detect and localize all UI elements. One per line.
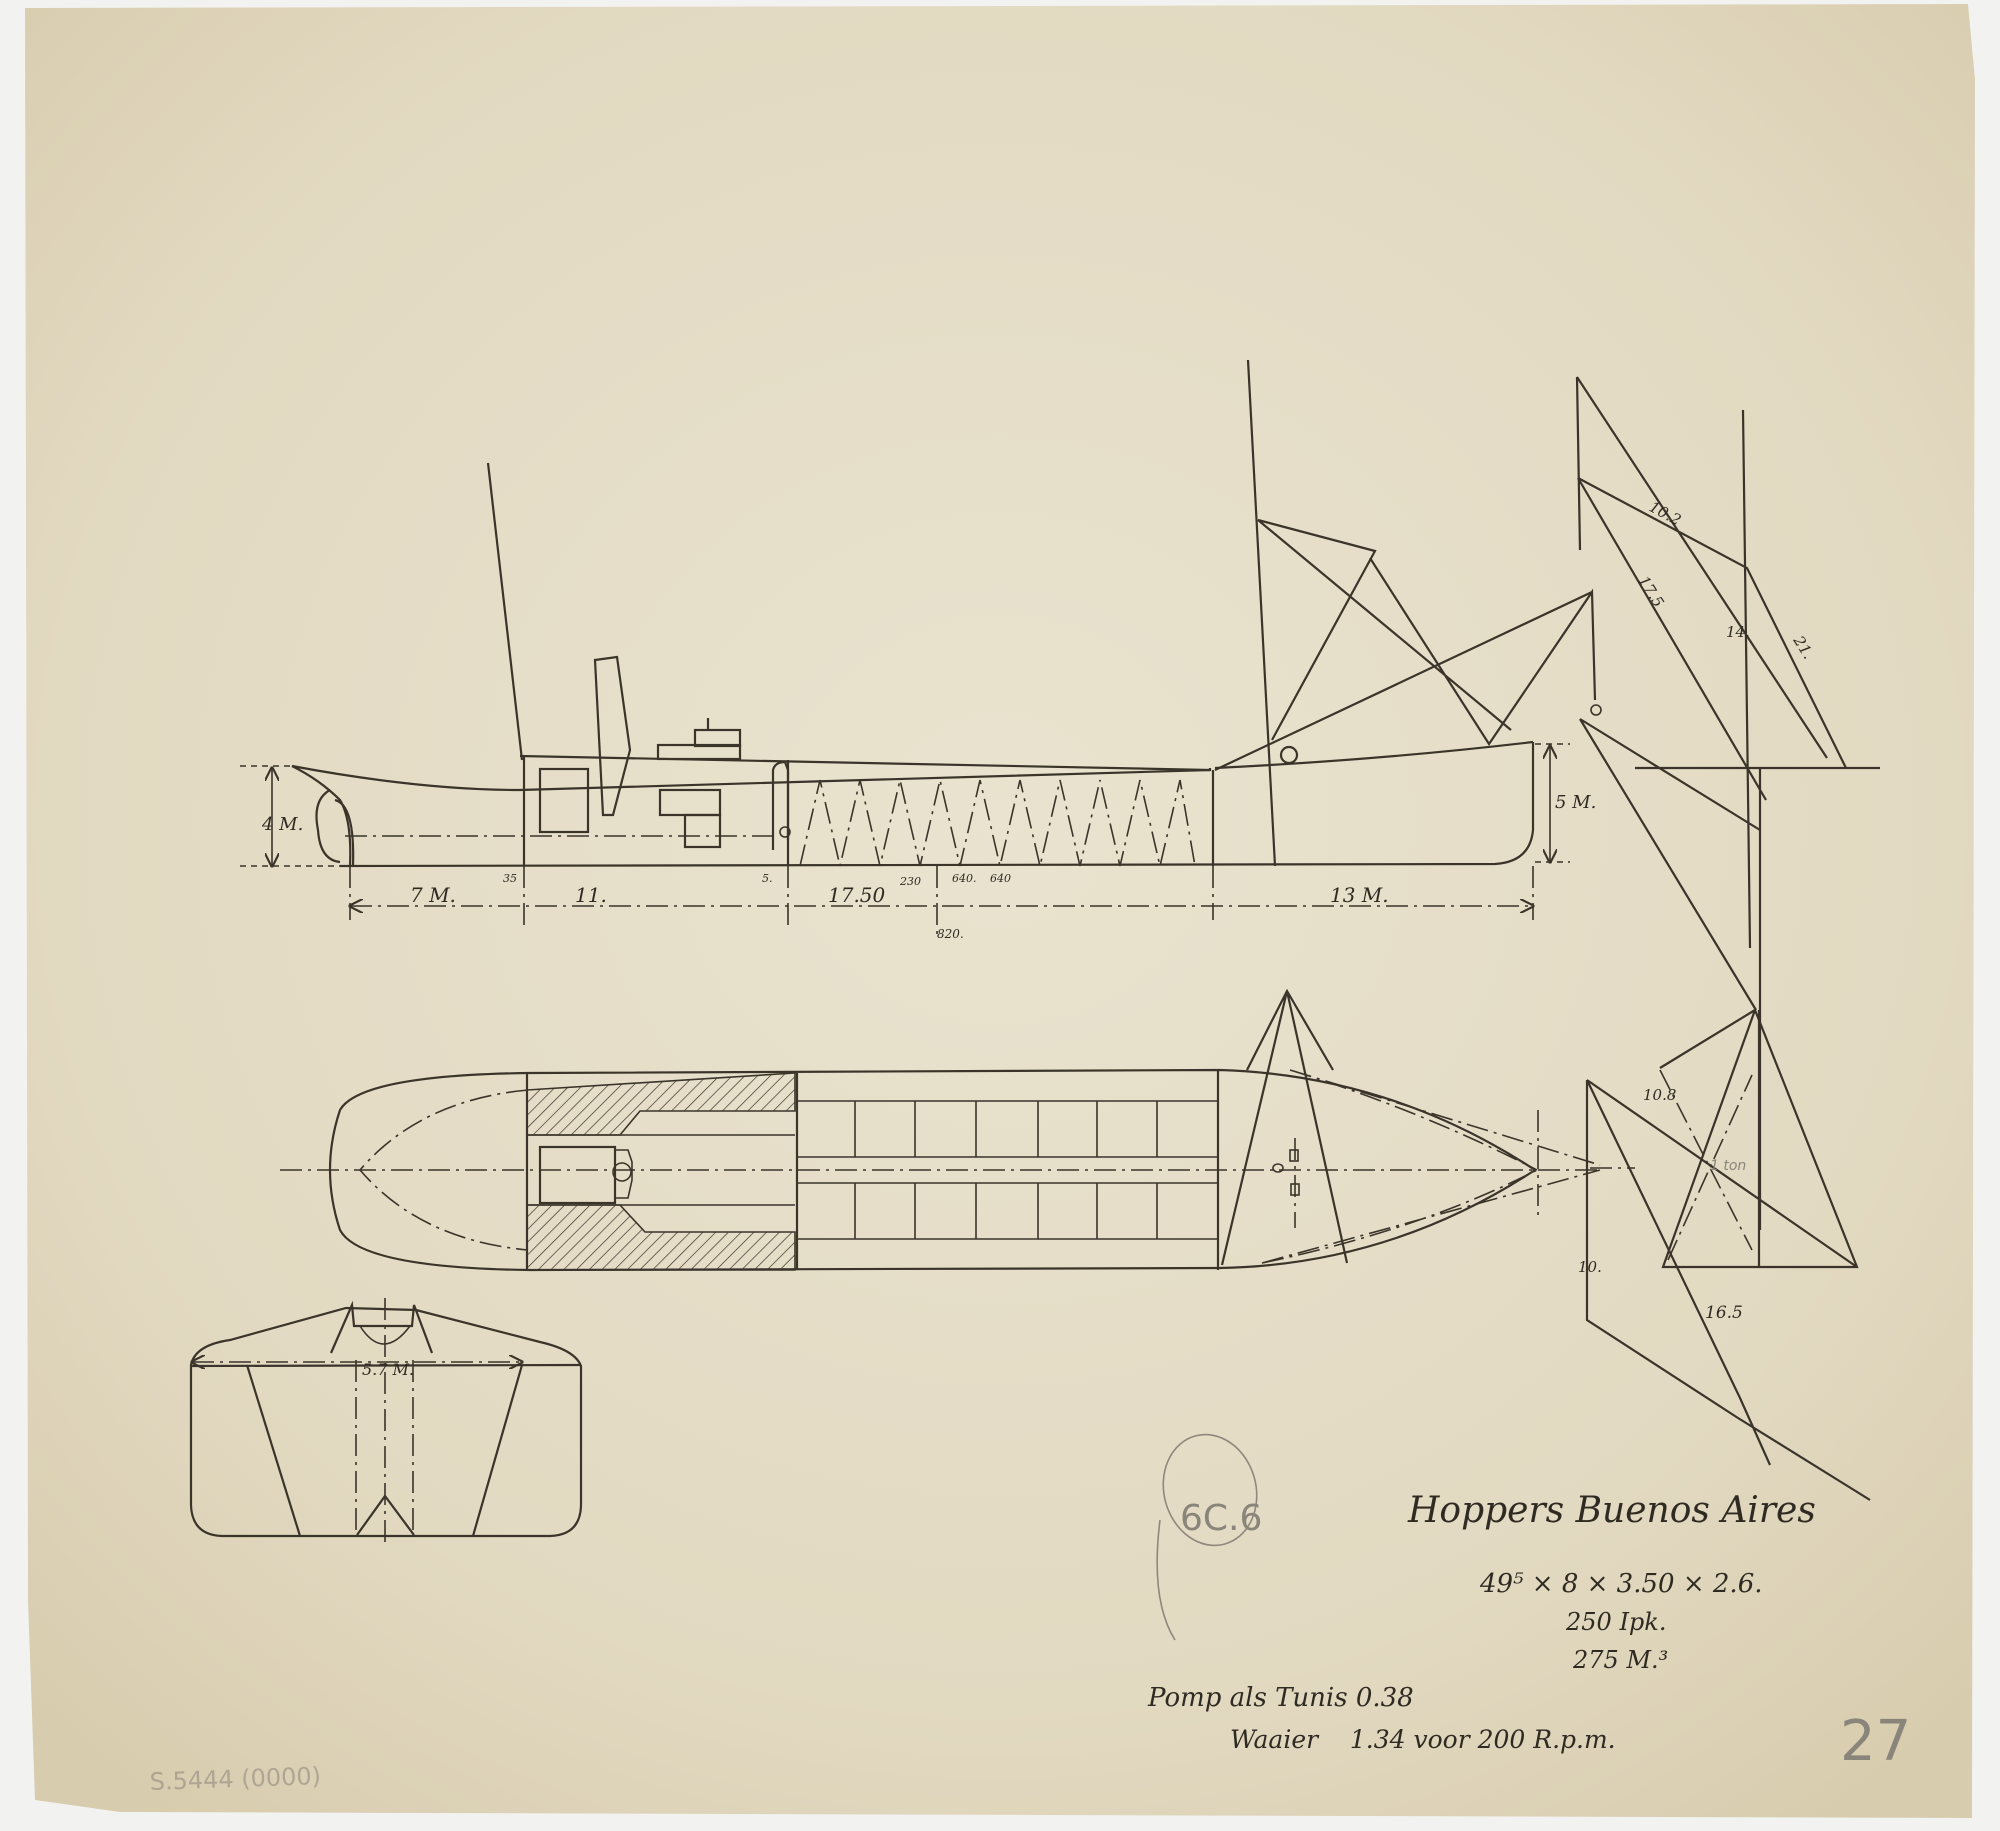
impeller-note: Waaier 1.34 voor 200 R.p.m. xyxy=(1230,1725,1616,1754)
hopper-capacity: 275 M.³ xyxy=(1572,1646,1668,1674)
dim-7m: 7 M. xyxy=(410,883,456,907)
section-width-label: 5.7 M. xyxy=(362,1360,414,1379)
power-rating: 250 Ipk. xyxy=(1565,1608,1666,1636)
mark-230: 230 xyxy=(899,875,921,888)
dimensions-line: 49⁵ × 8 × 3.50 × 2.6. xyxy=(1479,1569,1763,1599)
height-fore-label: 4 M. xyxy=(261,814,303,835)
pencil-circle-label: 6C.6 xyxy=(1180,1498,1262,1539)
mark-820: 820. xyxy=(937,927,964,941)
drawing-sheet: 4 M. 5 M. 7 M. 11. 17.50 13 M. 35 5. 230… xyxy=(0,0,2000,1831)
dim-17-50: 17.50 xyxy=(828,883,886,907)
drawing-title: Hoppers Buenos Aires xyxy=(1407,1490,1816,1531)
dim-13m: 13 M. xyxy=(1330,883,1389,907)
pencil-archive-number: S.5444 (0000) xyxy=(149,1762,321,1796)
label-14: 14. xyxy=(1726,623,1750,641)
mark-35: 35 xyxy=(503,872,517,885)
paper xyxy=(25,4,1975,1818)
mark-640a: 640. xyxy=(952,872,977,885)
label-10: 10. xyxy=(1578,1258,1602,1276)
mark-5: 5. xyxy=(762,872,773,885)
label-10-8: 10.8 xyxy=(1643,1086,1676,1104)
dim-11: 11. xyxy=(575,883,607,907)
height-aft-label: 5 M. xyxy=(1555,792,1596,813)
label-1-ton: 1 ton xyxy=(1710,1158,1746,1174)
label-16-5: 16.5 xyxy=(1705,1303,1743,1323)
pump-note: Pomp als Tunis 0.38 xyxy=(1147,1683,1414,1713)
pencil-sheet-number: 27 xyxy=(1840,1709,1911,1774)
mark-640b: 640 xyxy=(990,872,1011,885)
